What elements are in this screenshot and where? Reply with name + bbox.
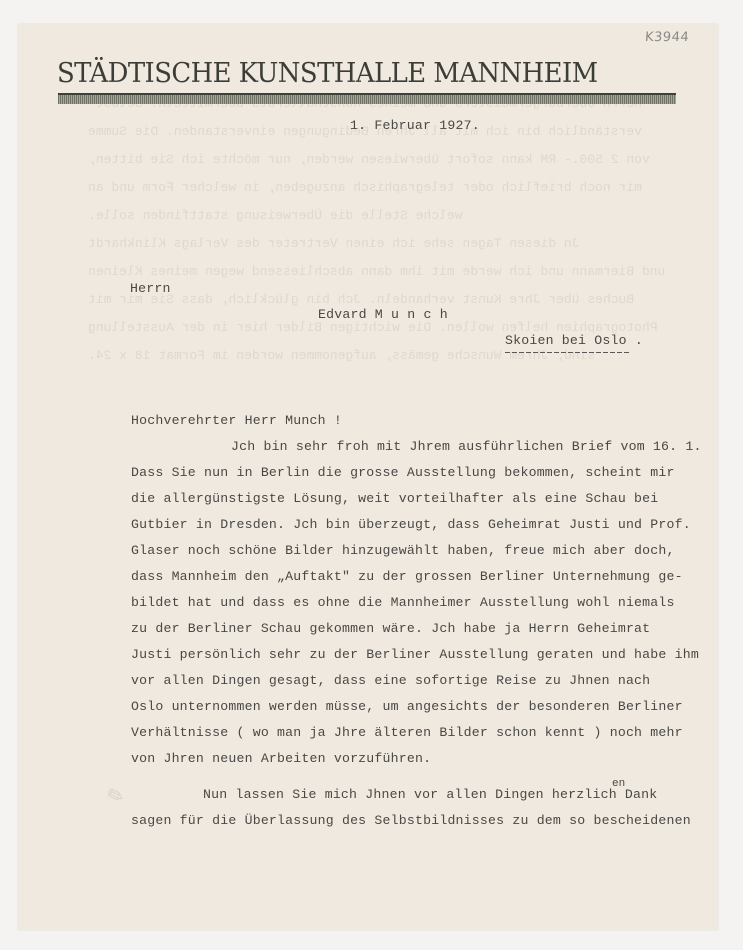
location-underline <box>505 352 630 353</box>
body-line: Jch bin sehr froh mit Jhrem ausführliche… <box>231 439 702 454</box>
bleed-through-line: von 2 500.- RM kann sofort überwiesen we… <box>88 152 650 167</box>
letter-date: 1. Februar 1927. <box>350 118 480 133</box>
body-line: die allergünstigste Lösung, weit vorteil… <box>131 491 658 506</box>
body-line: bildet hat und dass es ohne die Mannheim… <box>131 595 675 610</box>
body-line: Justi persönlich sehr zu der Berliner Au… <box>131 647 699 662</box>
body-line: Verhältnisse ( wo man ja Jhre älteren Bi… <box>131 725 683 740</box>
letterhead-title: STÄDTISCHE KUNSTHALLE MANNHEIM <box>57 58 652 89</box>
bleed-through-line: mir noch brieflich oder telegraphisch an… <box>88 180 642 195</box>
recipient-salutation: Herrn <box>130 281 171 296</box>
body-line: Glaser noch schöne Bilder hinzugewählt h… <box>131 543 675 558</box>
bleed-through-line: und Biermann und ich werde mit ihm dann … <box>88 264 665 279</box>
body-line: dass Mannheim den „Auftakt" zu der gross… <box>131 569 683 584</box>
bleed-through-line: welche Stelle die Überweisung stattfinde… <box>88 208 462 223</box>
body-line: vor allen Dingen gesagt, dass eine sofor… <box>131 673 650 688</box>
body-line: Gutbier in Dresden. Jch bin überzeugt, d… <box>131 517 691 532</box>
letter-greeting: Hochverehrter Herr Munch ! <box>131 413 342 428</box>
body-line: Dass Sie nun in Berlin die grosse Ausste… <box>131 465 675 480</box>
body-line: sagen für die Überlassung des Selbstbild… <box>131 813 691 828</box>
body-line: von Jhren neuen Arbeiten vorzuführen. <box>131 751 431 766</box>
body-line: zu der Berliner Schau gekommen wäre. Jch… <box>131 621 650 636</box>
catalog-number: K3944 <box>644 30 689 45</box>
recipient-location: Skoien bei Oslo . <box>505 333 643 348</box>
body-line: Nun lassen Sie mich Jhnen vor allen Ding… <box>203 787 657 802</box>
letterhead-rule <box>58 93 676 104</box>
bleed-through-line: Jn diesen Tagen sehe ich einen Vertreter… <box>88 236 579 251</box>
body-line: Oslo unternommen werden müsse, um angesi… <box>131 699 683 714</box>
recipient-name: Edvard M u n c h <box>318 307 448 322</box>
bleed-through-line: sind, Jhrem Wunsche gemäss, aufgenommen … <box>88 348 595 363</box>
